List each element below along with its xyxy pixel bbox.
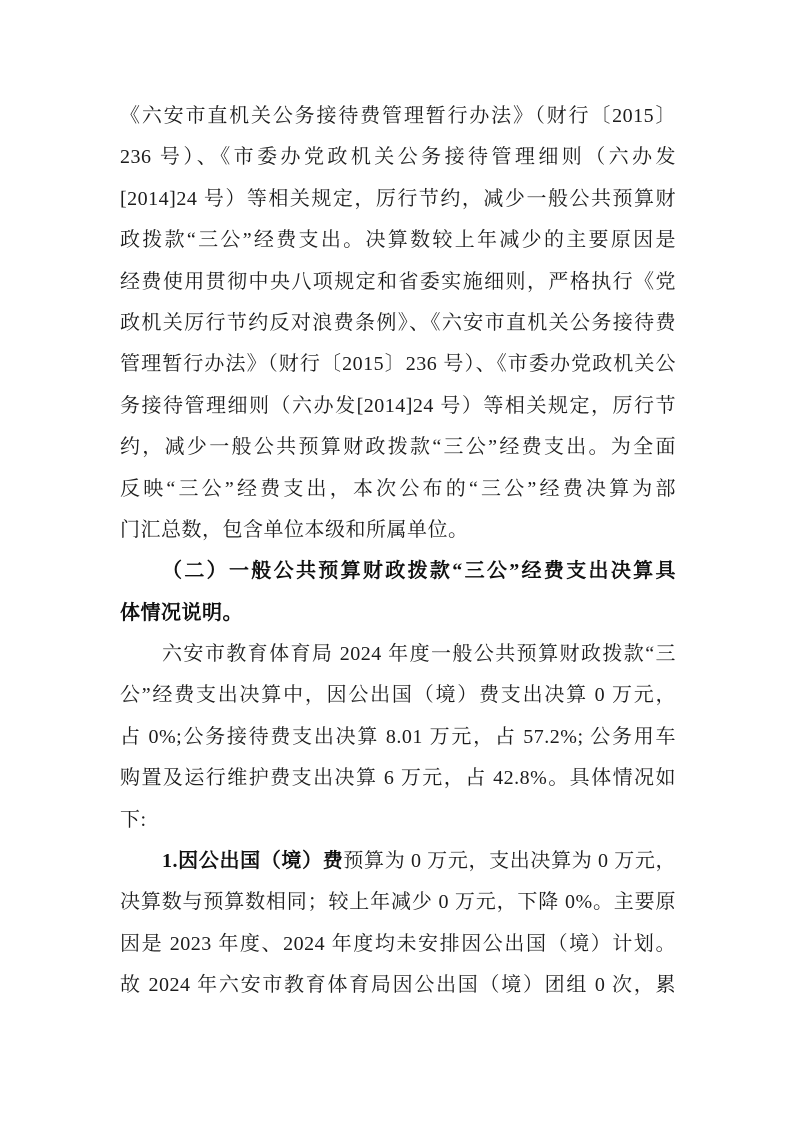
body-line: 政拨款“三公”经费支出。决算数较上年减少的主要原因是	[120, 220, 676, 261]
body-line: 公”经费支出决算中，因公出国（境）费支出决算 0 万元，	[120, 675, 676, 716]
body-line: 故 2024 年六安市教育体育局因公出国（境）团组 0 次，累	[120, 965, 676, 1006]
body-line: 管理暂行办法》（财行〔2015〕236 号）、《市委办党政机关公	[120, 344, 676, 385]
body-line: [2014]24 号）等相关规定，厉行节约，减少一般公共预算财	[120, 179, 676, 220]
body-line: 经费使用贯彻中央八项规定和省委实施细则，严格执行《党	[120, 262, 676, 303]
body-line: 决算数与预算数相同；较上年减少 0 万元，下降 0%。主要原	[120, 882, 676, 923]
numbered-item-lead: 1.因公出国（境）费	[162, 850, 343, 872]
body-line: 反映“三公”经费支出，本次公布的“三公”经费决算为部	[120, 469, 676, 510]
body-line: 约，减少一般公共预算财政拨款“三公”经费支出。为全面	[120, 427, 676, 468]
numbered-item-line: 1.因公出国（境）费预算为 0 万元，支出决算为 0 万元，	[120, 841, 676, 882]
body-line: 购置及运行维护费支出决算 6 万元，占 42.8%。具体情况如	[120, 758, 676, 799]
body-line: 下:	[120, 800, 676, 841]
body-line: 政机关厉行节约反对浪费条例》、《六安市直机关公务接待费	[120, 303, 676, 344]
document-page: 《六安市直机关公务接待费管理暂行办法》（财行〔2015〕 236 号）、《市委办…	[0, 0, 793, 1122]
body-line: 六安市教育体育局 2024 年度一般公共预算财政拨款“三	[120, 634, 676, 675]
body-line: 门汇总数，包含单位本级和所属单位。	[120, 510, 676, 551]
numbered-item-text: 预算为 0 万元，支出决算为 0 万元，	[343, 850, 676, 872]
body-line: 务接待管理细则（六办发[2014]24 号）等相关规定，厉行节	[120, 386, 676, 427]
section-heading-line: （二）一般公共预算财政拨款“三公”经费支出决算具	[120, 551, 676, 592]
body-line: 《六安市直机关公务接待费管理暂行办法》（财行〔2015〕	[120, 96, 676, 137]
body-line: 占 0%;公务接待费支出决算 8.01 万元，占 57.2%; 公务用车	[120, 717, 676, 758]
section-heading-line: 体情况说明。	[120, 593, 676, 634]
body-line: 因是 2023 年度、2024 年度均未安排因公出国（境）计划。	[120, 924, 676, 965]
body-line: 236 号）、《市委办党政机关公务接待管理细则（六办发	[120, 137, 676, 178]
